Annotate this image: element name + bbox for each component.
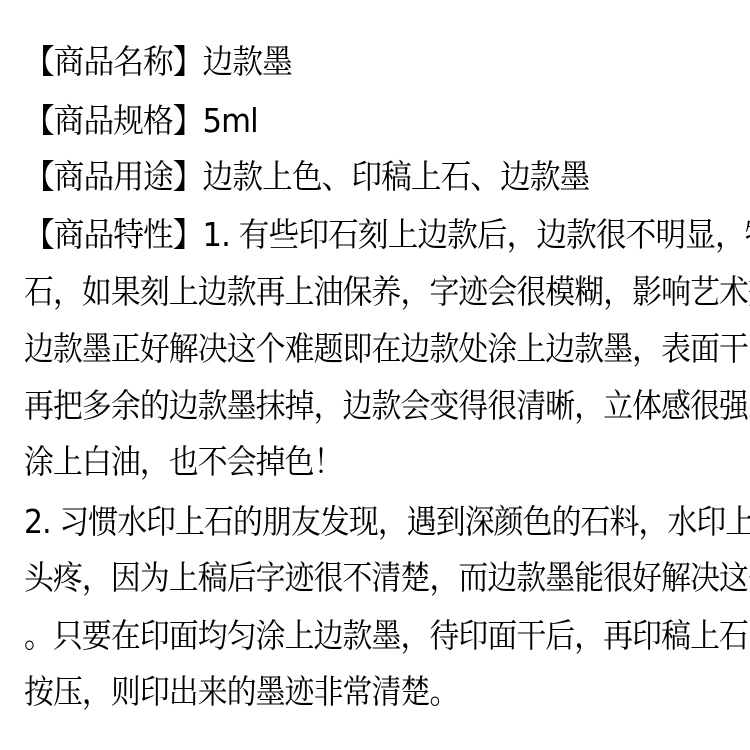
product-name-label: 【商品名称】 xyxy=(24,42,203,81)
product-usage-label: 【商品用途】 xyxy=(24,157,203,196)
product-usage-row: 【商品用途】边款上色、印稿上石、边款墨 xyxy=(24,152,589,202)
features-line-5: 涂上白油，也不会掉色！ xyxy=(24,437,343,487)
product-features-row: 【商品特性】1. 有些印石刻上边款后，边款很不明显，特别是寿山 xyxy=(24,210,750,260)
features-line-8: 。只要在印面均匀涂上边款墨，待印面干后，再印稿上石，均匀 xyxy=(24,611,750,661)
features-line-9: 按压，则印出来的墨迹非常清楚。 xyxy=(24,667,458,717)
product-spec-value: 5ml xyxy=(203,101,258,140)
features-line-7: 头疼，因为上稿后字迹很不清楚，而边款墨能很好解决这个问题 xyxy=(24,553,750,603)
features-line-2: 石，如果刻上边款再上油保养，字迹会很模糊，影响艺术效果。而 xyxy=(24,267,750,317)
product-features-label: 【商品特性】 xyxy=(24,215,203,254)
product-name-value: 边款墨 xyxy=(203,42,292,81)
product-features-line-1: 1. 有些印石刻上边款后，边款很不明显，特别是寿山 xyxy=(203,215,750,254)
features-line-4: 再把多余的边款墨抹掉，边款会变得很清晰，立体感很强！即使再 xyxy=(24,381,750,431)
product-name-row: 【商品名称】边款墨 xyxy=(24,37,292,87)
product-spec-row: 【商品规格】5ml xyxy=(24,96,258,146)
product-description: 【商品名称】边款墨 【商品规格】5ml 【商品用途】边款上色、印稿上石、边款墨 … xyxy=(0,0,750,750)
features-line-6: 2. 习惯水印上石的朋友发现，遇到深颜色的石料，水印上石有点 xyxy=(24,497,750,547)
product-usage-value: 边款上色、印稿上石、边款墨 xyxy=(203,157,590,196)
features-line-3: 边款墨正好解决这个难题即在边款处涂上边款墨，表面干了之后， xyxy=(24,324,750,374)
product-spec-label: 【商品规格】 xyxy=(24,101,203,140)
